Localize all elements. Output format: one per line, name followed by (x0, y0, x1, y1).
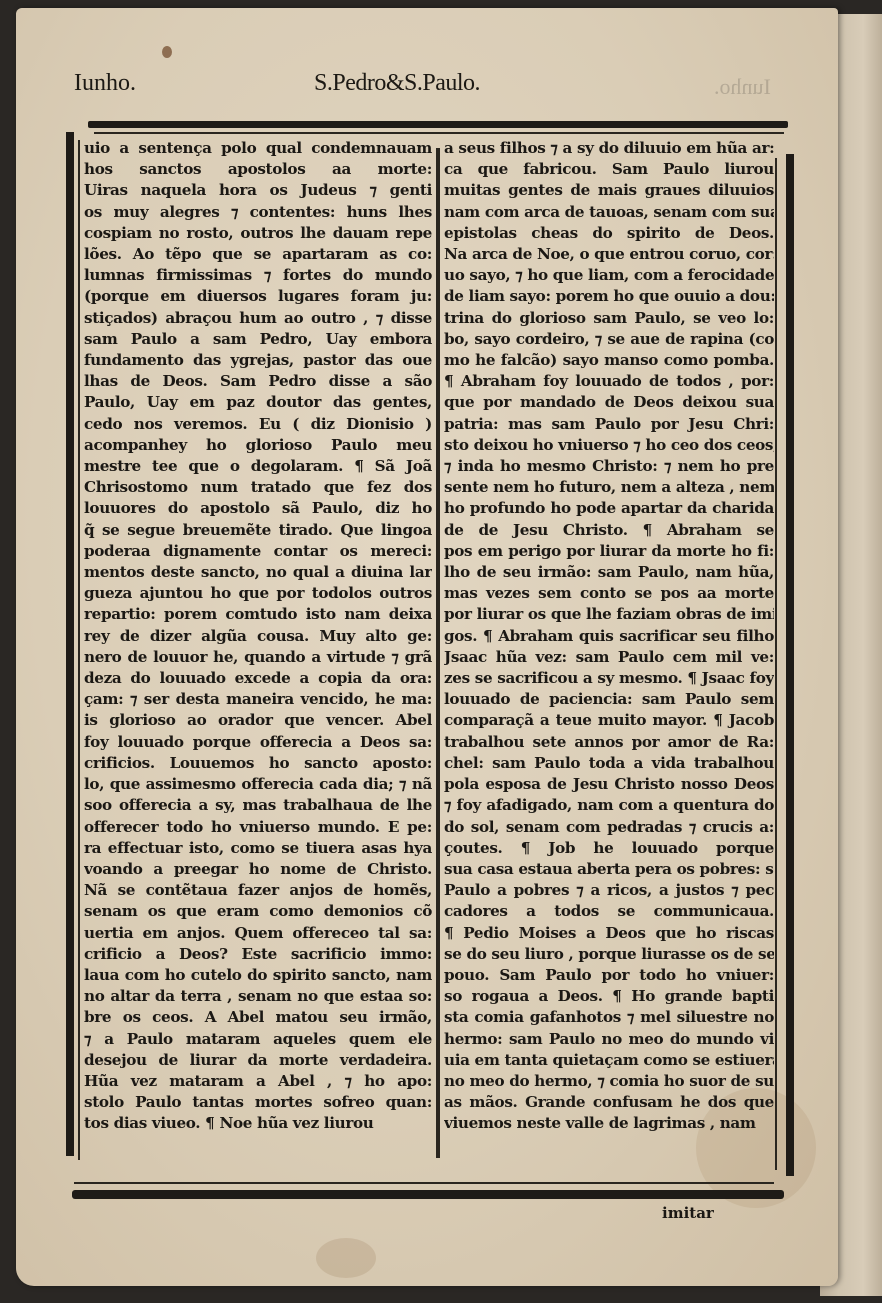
text-line: stiçados) abraçou hum ao outro , ⁊ disse (84, 308, 432, 329)
text-line: deza do louuado excede a copia da ora: (84, 668, 432, 689)
text-line: cospiam no rosto, outros lhe dauam repe (84, 223, 432, 244)
text-line: Paulo, Uay em paz doutor das gentes, (84, 392, 432, 413)
bottom-rule-thin (74, 1182, 774, 1184)
text-line: fundamento das ygrejas, pastor das oue (84, 350, 432, 371)
text-line: (porque em diuersos lugares foram ju: (84, 286, 432, 307)
text-column-left: uio a sentença polo qual condemnauamhos … (84, 138, 432, 1135)
text-line: nero de louuor he, quando a virtude ⁊ gr… (84, 647, 432, 668)
text-line: Jsaac hũa vez: sam Paulo cem mil ve: (444, 647, 774, 668)
text-line: stolo Paulo tantas mortes sofreo quan: (84, 1092, 432, 1113)
text-line: ⁊ inda ho mesmo Christo: ⁊ nem ho pre (444, 456, 774, 477)
text-line: mentos deste sancto, no qual a diuina la… (84, 562, 432, 583)
text-line: mestre tee que o degolaram. ¶ Sã Joã (84, 456, 432, 477)
text-line: ho profundo ho pode apartar da charida (444, 498, 774, 519)
text-line: de de Jesu Christo. ¶ Abraham se (444, 520, 774, 541)
text-line: muitas gentes de mais graues diluuios (444, 180, 774, 201)
text-line: sto deixou ho vniuerso ⁊ ho ceo dos ceos… (444, 435, 774, 456)
text-line: lho de seu irmão: sam Paulo, nam hũa, (444, 562, 774, 583)
text-line: uia em tanta quietaçam como se estiuera (444, 1050, 774, 1071)
running-head-title: S.Pedro&S.Paulo. (314, 70, 480, 97)
text-line: soo offerecia a sy, mas trabalhaua de lh… (84, 795, 432, 816)
text-line: Nã se contẽtaua fazer anjos de homẽs, (84, 880, 432, 901)
text-line: repartio: porem comtudo isto nam deixa (84, 604, 432, 625)
text-line: lões. Ao tẽpo que se apartaram as co: (84, 244, 432, 265)
top-rule (88, 121, 788, 128)
text-line: sam Paulo a sam Pedro, Uay embora (84, 329, 432, 350)
text-line: no altar da terra , senam no que estaa s… (84, 986, 432, 1007)
text-line: uo sayo, ⁊ ho que liam, com a ferocidade (444, 265, 774, 286)
right-border-thin (775, 158, 777, 1170)
text-line: senam os que eram como demonios cõ (84, 901, 432, 922)
text-line: nam com arca de tauoas, senam com suas (444, 202, 774, 223)
text-line: offerecer todo ho vniuerso mundo. E pe: (84, 817, 432, 838)
text-line: mas vezes sem conto se pos aa morte (444, 583, 774, 604)
text-line: os muy alegres ⁊ contentes: huns lhes (84, 202, 432, 223)
top-rule-thin (94, 132, 784, 134)
text-line: voando a preegar ho nome de Christo. (84, 859, 432, 880)
text-column-right: a seus filhos ⁊ a sy do diluuio em hũa a… (444, 138, 774, 1135)
text-line: pos em perigo por liurar da morte ho fi: (444, 541, 774, 562)
text-line: desejou de liurar da morte verdadeira. (84, 1050, 432, 1071)
text-line: viuemos neste valle de lagrimas , nam (444, 1113, 774, 1134)
left-border (66, 132, 74, 1156)
text-line: pola esposa de Jesu Christo nosso Deos (444, 774, 774, 795)
text-line: hermo: sam Paulo no meo do mundo vi (444, 1029, 774, 1050)
column-divider (436, 148, 440, 1158)
left-border-thin (78, 140, 80, 1160)
text-line: hos sanctos apostolos aa morte: (84, 159, 432, 180)
text-line: zes se sacrificou a sy mesmo. ¶ Jsaac fo… (444, 668, 774, 689)
text-line: comparaçã a teue muito mayor. ¶ Jacob (444, 710, 774, 731)
text-line: ra effectuar isto, como se tiuera asas h… (84, 838, 432, 859)
right-border (786, 154, 794, 1176)
text-line: uertia em anjos. Quem offereceo tal sa: (84, 923, 432, 944)
text-line: bre os ceos. A Abel matou seu irmão, (84, 1007, 432, 1028)
bottom-rule (72, 1190, 784, 1199)
text-line: louuado de paciencia: sam Paulo sem (444, 689, 774, 710)
text-line: uio a sentença polo qual condemnauam (84, 138, 432, 159)
ink-spot (162, 46, 172, 58)
text-line: sente nem ho futuro, nem a alteza , nem (444, 477, 774, 498)
text-line: laua com ho cutelo do spirito sancto, na… (84, 965, 432, 986)
text-line: cedo nos veremos. Eu ( diz Dionisio ) (84, 414, 432, 435)
text-line: que por mandado de Deos deixou sua (444, 392, 774, 413)
book-page: Iunho. S.Pedro&S.Paulo. Iunho. uio a sen… (16, 8, 838, 1286)
text-line: a seus filhos ⁊ a sy do diluuio em hũa a… (444, 138, 774, 159)
text-line: trabalhou sete annos por amor de Ra: (444, 732, 774, 753)
text-line: is glorioso ao orador que vencer. Abel (84, 710, 432, 731)
text-line: do sol, senam com pedradas ⁊ crucis a: (444, 817, 774, 838)
text-line: gos. ¶ Abraham quis sacrificar seu filho (444, 626, 774, 647)
text-line: q̃ se segue breuemẽte tirado. Que lingoa (84, 520, 432, 541)
text-line: louuores do apostolo sã Paulo, diz ho (84, 498, 432, 519)
text-line: cadores a todos se communicaua. (444, 901, 774, 922)
text-line: ca que fabricou. Sam Paulo liurou (444, 159, 774, 180)
text-line: foy louuado porque offerecia a Deos sa: (84, 732, 432, 753)
text-line: tos dias viueo. ¶ Noe hũa vez liurou (84, 1113, 432, 1134)
text-line: Uiras naquela hora os Judeus ⁊ genti (84, 180, 432, 201)
text-line: pouo. Sam Paulo por todo ho vniuer: (444, 965, 774, 986)
catchword: imitar (662, 1204, 714, 1222)
text-line: de liam sayo: porem ho que ouuio a dou: (444, 286, 774, 307)
text-line: gueza ajuntou ho que por todolos outros (84, 583, 432, 604)
text-line: crificios. Louuemos ho sancto aposto: (84, 753, 432, 774)
text-line: ⁊ a Paulo mataram aqueles quem ele (84, 1029, 432, 1050)
text-line: lhas de Deos. Sam Pedro disse a são (84, 371, 432, 392)
text-line: so rogaua a Deos. ¶ Ho grande bapti (444, 986, 774, 1007)
text-line: crificio a Deos? Este sacrificio immo: (84, 944, 432, 965)
text-line: patria: mas sam Paulo por Jesu Chri: (444, 414, 774, 435)
text-line: sta comia gafanhotos ⁊ mel siluestre no (444, 1007, 774, 1028)
showthrough-text: Iunho. (714, 74, 771, 100)
text-line: epistolas cheas do spirito de Deos. (444, 223, 774, 244)
text-line: as mãos. Grande confusam he dos que (444, 1092, 774, 1113)
text-line: por liurar os que lhe faziam obras de im… (444, 604, 774, 625)
text-line: acompanhey ho glorioso Paulo meu (84, 435, 432, 456)
text-line: çam: ⁊ ser desta maneira vencido, he ma: (84, 689, 432, 710)
text-line: poderaa dignamente contar os mereci: (84, 541, 432, 562)
text-line: chel: sam Paulo toda a vida trabalhou (444, 753, 774, 774)
text-line: se do seu liuro , porque liurasse os de … (444, 944, 774, 965)
text-line: no meo do hermo, ⁊ comia ho suor de su (444, 1071, 774, 1092)
text-line: trina do glorioso sam Paulo, se veo lo: (444, 308, 774, 329)
text-line: ⁊ foy afadigado, nam com a quentura do (444, 795, 774, 816)
text-line: sua casa estaua aberta pera os pobres: s… (444, 859, 774, 880)
text-line: Hũa vez mataram a Abel , ⁊ ho apo: (84, 1071, 432, 1092)
text-line: ¶ Pedio Moises a Deos que ho riscas (444, 923, 774, 944)
text-line: mo he falcão) sayo manso como pomba. (444, 350, 774, 371)
text-line: rey de dizer algũa cousa. Muy alto ge: (84, 626, 432, 647)
text-line: lumnas firmissimas ⁊ fortes do mundo (84, 265, 432, 286)
running-head-month: Iunho. (74, 70, 136, 97)
text-line: Na arca de Noe, o que entrou coruo, cor: (444, 244, 774, 265)
text-line: lo, que assimesmo offerecia cada dia; ⁊ … (84, 774, 432, 795)
water-stain (316, 1238, 376, 1278)
running-head: Iunho. S.Pedro&S.Paulo. Iunho. (16, 70, 838, 110)
text-line: Paulo a pobres ⁊ a ricos, a justos ⁊ pec (444, 880, 774, 901)
text-line: bo, sayo cordeiro, ⁊ se aue de rapina (c… (444, 329, 774, 350)
text-line: Chrisostomo num tratado que fez dos (84, 477, 432, 498)
text-line: ¶ Abraham foy louuado de todos , por: (444, 371, 774, 392)
text-line: çoutes. ¶ Job he louuado porque (444, 838, 774, 859)
